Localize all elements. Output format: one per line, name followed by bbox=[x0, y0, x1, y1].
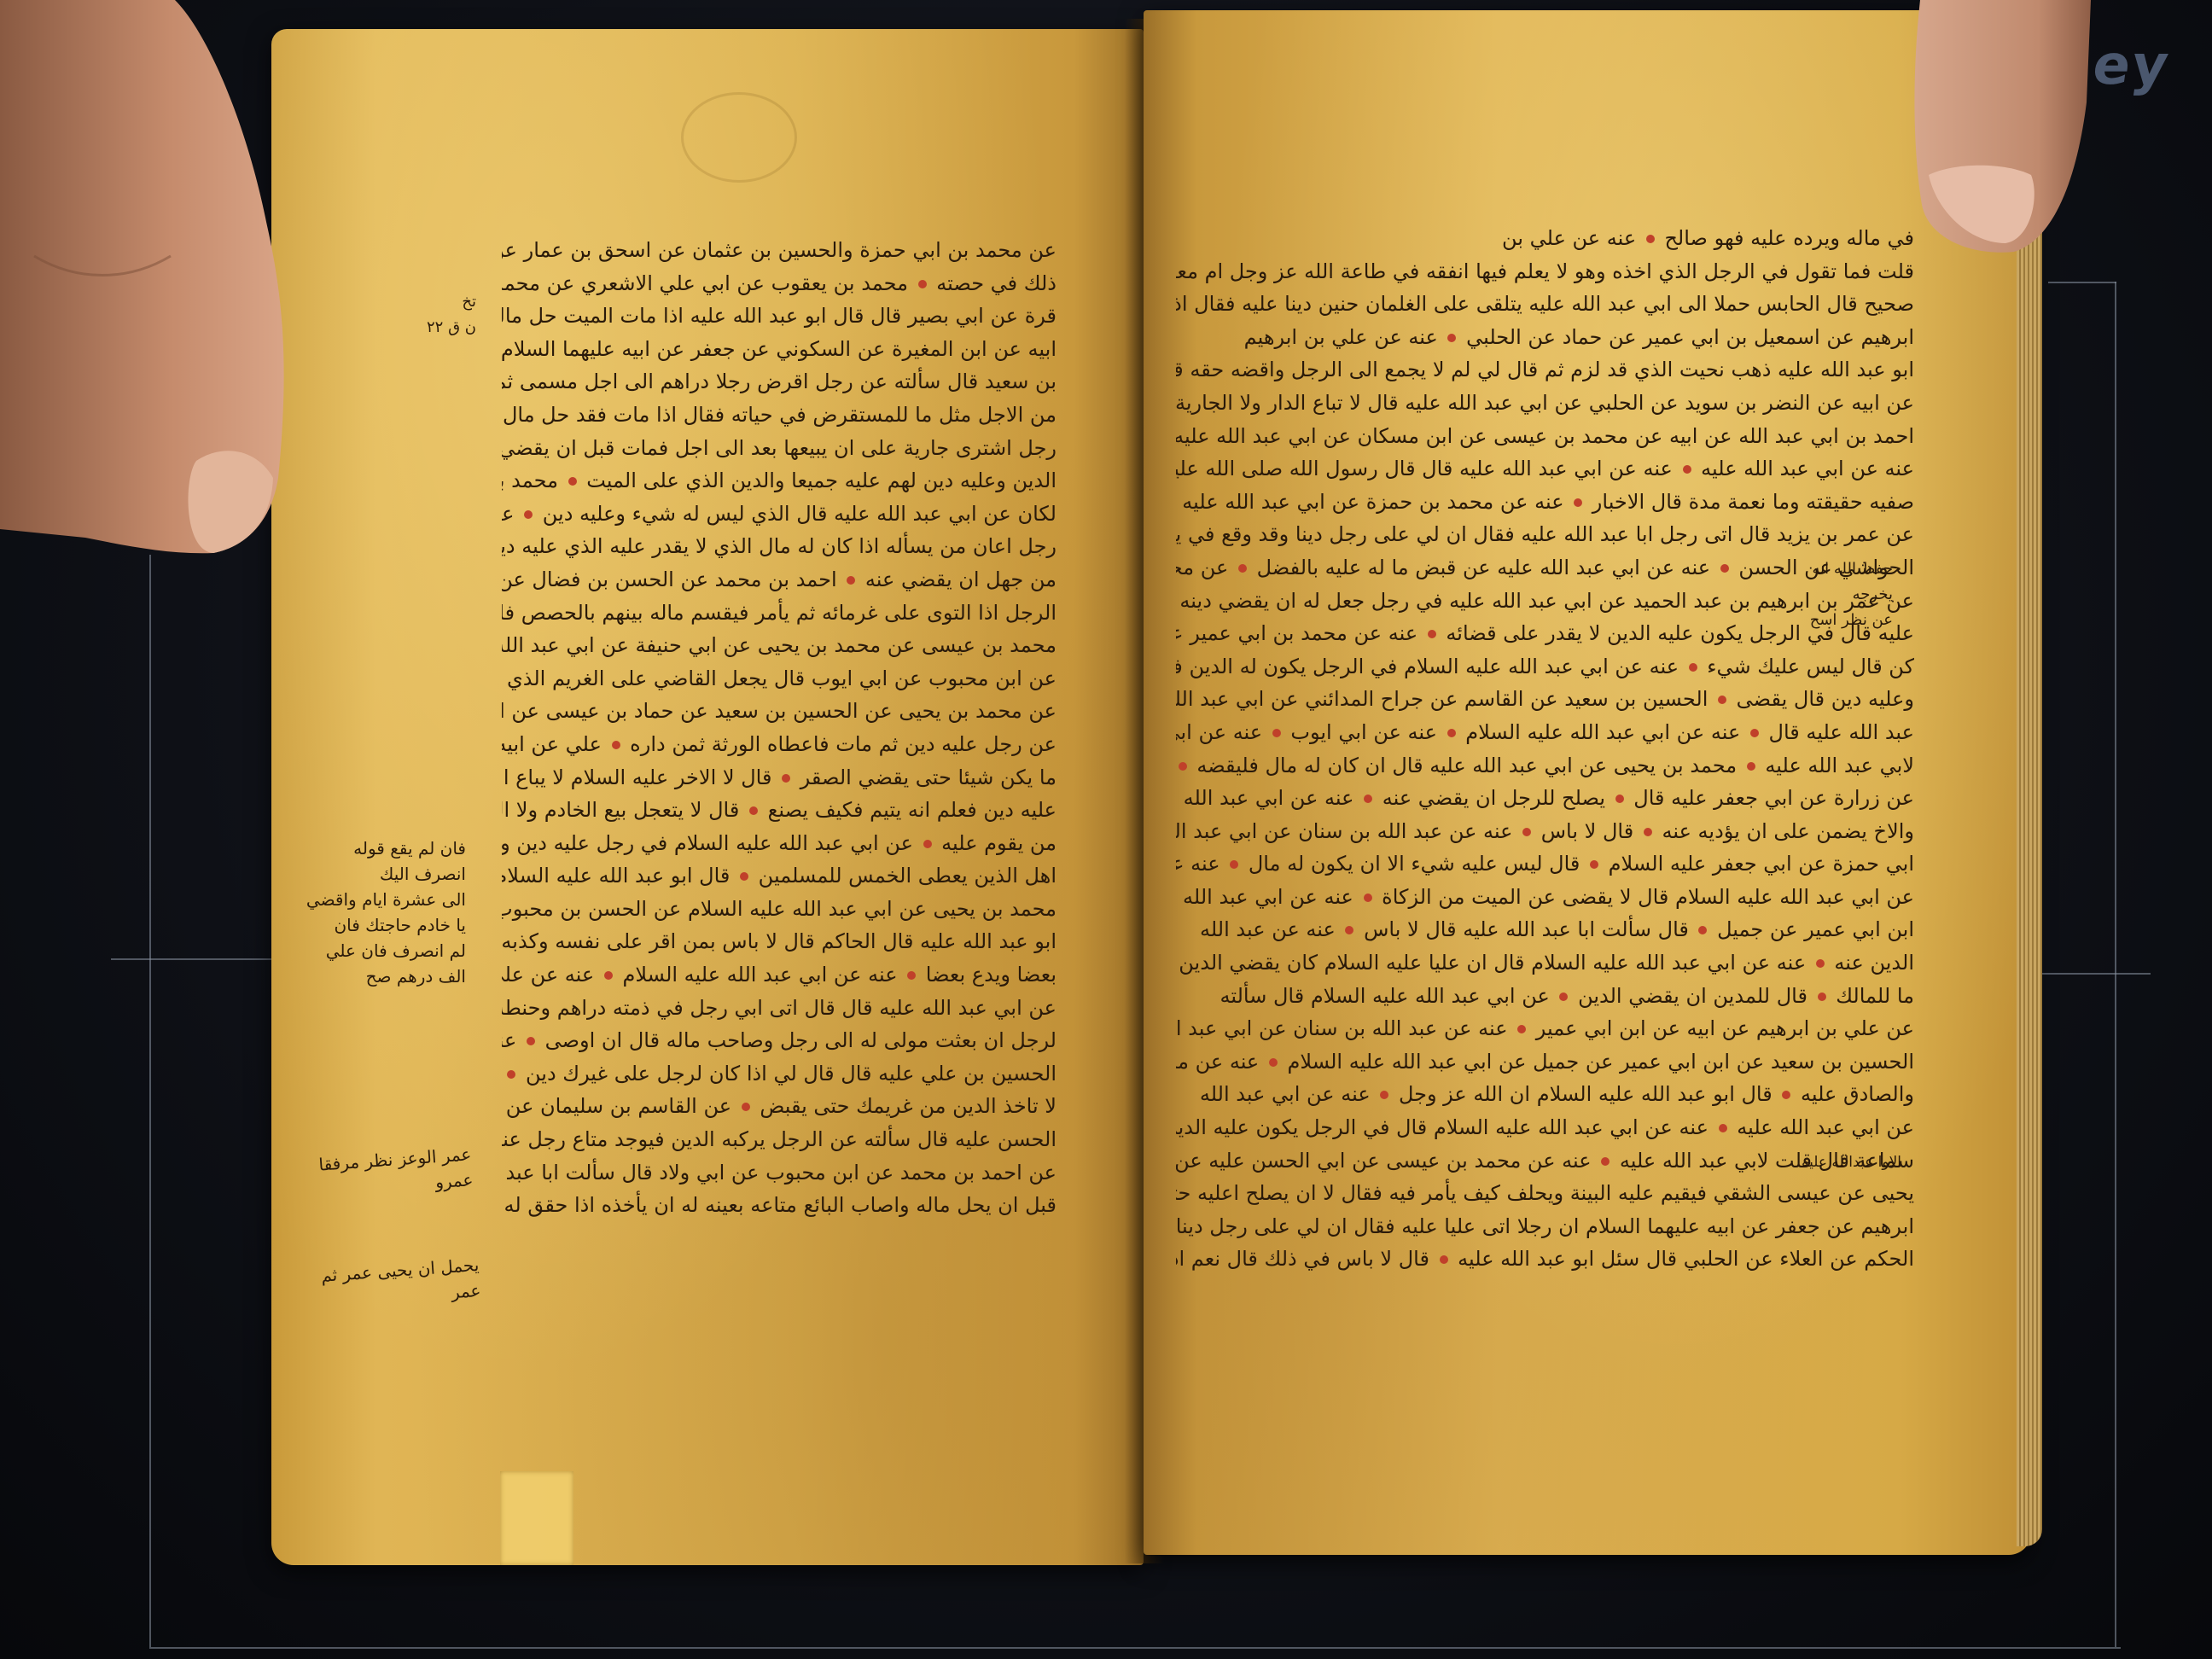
manuscript-line: ابن ابي عمير عن جميل قال سألت ابا عبد ال… bbox=[1176, 913, 1914, 946]
rubric-dot-icon bbox=[1689, 663, 1697, 672]
rubric-dot-icon bbox=[782, 774, 790, 783]
manuscript-line: الحسين بن علي عليه قال قال لي اذا كان لر… bbox=[502, 1057, 1057, 1091]
rubric-dot-icon bbox=[507, 1070, 515, 1079]
manuscript-line: عن عمر بن يزيد قال اتى رجل ابا عبد الله … bbox=[1176, 518, 1914, 551]
rubric-dot-icon bbox=[1522, 828, 1531, 836]
manuscript-line: ابرهيم عن جعفر عن ابيه عليهما السلام ان … bbox=[1176, 1210, 1914, 1243]
manuscript-line: الرجل اذا التوى على غرمائه ثم يأمر فيقسم… bbox=[502, 597, 1057, 630]
rubric-dot-icon bbox=[1364, 894, 1372, 902]
manuscript-line: ذلك في حصته محمد بن يعقوب عن ابي علي الا… bbox=[502, 267, 1057, 300]
manuscript-line: من جهل ان يقضي عنه احمد بن محمد عن الحسن… bbox=[502, 563, 1057, 597]
rubric-dot-icon bbox=[1615, 795, 1624, 803]
margin-note-left-lower: عمر الوعز نظر مرفقا عمرو يحمل ان يحيى عم… bbox=[300, 1141, 482, 1314]
margin-note-line: الى عشرة ايام واقضي bbox=[304, 887, 466, 912]
manuscript-line: بعضا ويدع بعضا عنه عن ابي عبد الله عليه … bbox=[502, 958, 1057, 992]
rubric-dot-icon bbox=[1574, 498, 1582, 507]
right-page-text: في ماله ويرده عليه فهو صالح عنه عن علي ب… bbox=[1176, 222, 1914, 1276]
rubric-dot-icon bbox=[1646, 235, 1655, 243]
rubric-dot-icon bbox=[1718, 696, 1726, 704]
manuscript-line: صفيه حقيقته وما نعمة مدة قال الاخبار عنه… bbox=[1176, 486, 1914, 519]
manuscript-line: عن رجل عليه دين ثم مات فاعطاه الورثة ثمن… bbox=[502, 728, 1057, 761]
rubric-dot-icon bbox=[1601, 1157, 1610, 1166]
rubric-dot-icon bbox=[1683, 465, 1691, 474]
rubric-dot-icon bbox=[1380, 1091, 1388, 1099]
manuscript-line: محمد بن يحيى عن ابي عبد الله عليه السلام… bbox=[502, 893, 1057, 926]
rubric-dot-icon bbox=[1269, 1058, 1278, 1067]
manuscript-line: الدين عنه عنه عن ابي عبد الله عليه السلا… bbox=[1176, 946, 1914, 980]
rubric-dot-icon bbox=[1698, 926, 1707, 934]
manuscript-line: عن ابي عبد الله عليه السلام قال لا يقضى … bbox=[1176, 881, 1914, 914]
manuscript-line: ما للمالك قال للمدين ان يقضي الدين عن اب… bbox=[1176, 980, 1914, 1013]
margin-note-line: فان لم يقع قوله انصرف اليك bbox=[304, 835, 466, 887]
manuscript-line: صحيح قال الحابس حملا الى ابي عبد الله عل… bbox=[1176, 288, 1914, 321]
page-fore-edges bbox=[2017, 44, 2042, 1546]
rubric-dot-icon bbox=[1440, 1255, 1448, 1264]
margin-note-line: لم انصرف فان علي bbox=[304, 938, 466, 963]
margin-note-right-lower: الاوا عبدالله عليه bbox=[1799, 1150, 1901, 1175]
rubric-dot-icon bbox=[1719, 1124, 1727, 1132]
manuscript-line: ما يكن شيئا حتى يقضي الصقر قال لا الاخر … bbox=[502, 761, 1057, 795]
rubric-dot-icon bbox=[1428, 630, 1436, 638]
manuscript-line: قبل ان يحل ماله واصاب البائع متاعه بعينه… bbox=[502, 1189, 1057, 1222]
manuscript-line: لابي عبد الله عليه محمد بن يحيى عن ابي ع… bbox=[1176, 749, 1914, 783]
rubric-dot-icon bbox=[1179, 762, 1187, 771]
mat-grid-line bbox=[2048, 282, 2116, 283]
manuscript-line: عن محمد بن يحيى عن الحسين بن سعيد عن حما… bbox=[502, 695, 1057, 728]
manuscript-line: الحسن عليه قال سألته عن الرجل يركبه الدي… bbox=[502, 1123, 1057, 1156]
rubric-dot-icon bbox=[1272, 729, 1281, 737]
manuscript-line: الحكم عن العلاء عن الحلبي قال سئل ابو عب… bbox=[1176, 1243, 1914, 1276]
rubric-dot-icon bbox=[847, 576, 855, 585]
margin-note-left-middle: فان لم يقع قوله انصرف اليك الى عشرة ايام… bbox=[304, 835, 466, 989]
manuscript-line: عن ابن محبوب عن ابي ايوب قال يجعل القاضي… bbox=[502, 662, 1057, 696]
manuscript-line: محمد بن عيسى عن محمد بن يحيى عن ابي حنيف… bbox=[502, 629, 1057, 662]
rubric-dot-icon bbox=[918, 280, 927, 288]
rubric-dot-icon bbox=[568, 477, 577, 486]
manuscript-line: لرجل ان بعثت مولى له الى رجل وصاحب ماله … bbox=[502, 1024, 1057, 1057]
mat-grid-line bbox=[2115, 282, 2116, 1647]
manuscript-line: عن زرارة عن ابي جعفر عليه قال يصلح للرجل… bbox=[1176, 782, 1914, 815]
manuscript-line: وعليه دين قال يقضى الحسين بن سعيد عن الق… bbox=[1176, 683, 1914, 716]
left-hand bbox=[0, 0, 290, 555]
mat-grid-line bbox=[2040, 973, 2151, 975]
rubric-dot-icon bbox=[1750, 729, 1759, 737]
margin-note-right-upper: حفظ الله انه يخرجه عن نظر اسح bbox=[1782, 556, 1893, 633]
manuscript-line: رجل اعان من يسأله اذا كان له مال الذي لا… bbox=[502, 530, 1057, 563]
manuscript-line: كن قال ليس عليك شيء عنه عن ابي عبد الله … bbox=[1176, 650, 1914, 684]
manuscript-line: ابيه عن ابن المغيرة عن السكوني عن جعفر ع… bbox=[502, 333, 1057, 366]
rubric-dot-icon bbox=[612, 741, 620, 749]
rubric-dot-icon bbox=[923, 840, 932, 848]
manuscript-line: ابرهيم عن اسمعيل بن ابي عمير عن حماد عن … bbox=[1176, 321, 1914, 354]
rubric-dot-icon bbox=[740, 872, 748, 881]
rubric-dot-icon bbox=[1818, 992, 1826, 1001]
rubric-dot-icon bbox=[1590, 860, 1598, 869]
rubric-dot-icon bbox=[1559, 992, 1568, 1001]
rubric-dot-icon bbox=[1345, 926, 1353, 934]
rubric-dot-icon bbox=[749, 806, 758, 815]
open-manuscript: تخ ن ق ٢٢ فان لم يقع قوله انصرف اليك الى… bbox=[271, 10, 2046, 1580]
manuscript-line: عن ابي عبد الله عليه عنه عن ابي عبد الله… bbox=[1176, 1111, 1914, 1144]
margin-note-line: ن ق ٢٢ bbox=[348, 315, 476, 341]
manuscript-line: لكان عن ابي عبد الله عليه قال الذي ليس ل… bbox=[502, 498, 1057, 531]
rubric-dot-icon bbox=[1517, 1025, 1526, 1033]
manuscript-line: اهل الذين يعطى الخمس للمسلمين قال ابو عب… bbox=[502, 859, 1057, 893]
seal-impression bbox=[681, 92, 797, 183]
manuscript-line: والصادق عليه قال ابو عبد الله عليه السلا… bbox=[1176, 1078, 1914, 1111]
rubric-dot-icon bbox=[1816, 959, 1825, 968]
manuscript-line: ابو عبد الله عليه ذهب نحيت الذي قد لزم ث… bbox=[1176, 353, 1914, 387]
manuscript-line: احمد بن ابي عبد الله عن ابيه عن محمد بن … bbox=[1176, 420, 1914, 453]
mat-grid-line bbox=[149, 555, 151, 1647]
margin-note-line: تخ bbox=[348, 289, 476, 315]
rubric-dot-icon bbox=[1238, 564, 1247, 573]
rubric-dot-icon bbox=[524, 510, 533, 519]
margin-note-line: الاوا عبدالله عليه bbox=[1799, 1150, 1901, 1175]
manuscript-line: رجل اشترى جارية على ان يبيعها بعد الى اج… bbox=[502, 432, 1057, 465]
rubric-dot-icon bbox=[1230, 860, 1238, 869]
rubric-dot-icon bbox=[1447, 334, 1456, 342]
manuscript-line: في ماله ويرده عليه فهو صالح عنه عن علي ب… bbox=[1176, 222, 1914, 255]
rubric-dot-icon bbox=[1747, 762, 1755, 771]
manuscript-line: بن سعيد قال سألته عن رجل اقرض رجلا دراهم… bbox=[502, 365, 1057, 399]
manuscript-line: عنه عن ابي عبد الله عليه عنه عن ابي عبد … bbox=[1176, 452, 1914, 486]
margin-note-line: يا خادم حاجتك فان bbox=[304, 912, 466, 938]
rubric-dot-icon bbox=[604, 971, 613, 980]
margin-note-line: يحمل ان يحيى عمر ثم عمر bbox=[308, 1252, 482, 1315]
manuscript-line: من يقوم عليه عن ابي عبد الله عليه السلام… bbox=[502, 827, 1057, 860]
mat-grid-line bbox=[111, 958, 282, 960]
margin-note-line: عن نظر اسح bbox=[1782, 608, 1893, 633]
manuscript-line: عن محمد بن ابي حمزة والحسين بن عثمان عن … bbox=[502, 234, 1057, 267]
manuscript-line: عن علي بن ابرهيم عن ابيه عن ابن ابي عمير… bbox=[1176, 1012, 1914, 1045]
manuscript-line: الحسين بن سعيد عن ابن ابي عمير عن جميل ع… bbox=[1176, 1045, 1914, 1079]
manuscript-line: عليه دين فعلم انه يتيم فكيف يصنع قال لا … bbox=[502, 794, 1057, 827]
manuscript-line: لا تاخذ الدين من غريمك حتى يقبض عن القاس… bbox=[502, 1090, 1057, 1123]
margin-note-line: الف درهم صح bbox=[304, 963, 466, 989]
manuscript-line: الدين وعليه دين لهم عليه جميعا والدين ال… bbox=[502, 464, 1057, 498]
left-page: تخ ن ق ٢٢ فان لم يقع قوله انصرف اليك الى… bbox=[271, 29, 1144, 1565]
manuscript-line: عبد الله عليه قال عنه عن ابي عبد الله عل… bbox=[1176, 716, 1914, 749]
rubric-dot-icon bbox=[1782, 1091, 1790, 1099]
manuscript-line: يحيى عن عيسى الشقي فيقيم عليه البينة ويح… bbox=[1176, 1177, 1914, 1210]
rubric-dot-icon bbox=[1364, 795, 1372, 803]
rubric-dot-icon bbox=[907, 971, 916, 980]
manuscript-line: عن ابيه عن النضر بن سويد عن الحلبي عن اب… bbox=[1176, 387, 1914, 420]
manuscript-line: قرة عن ابي بصير قال قال ابو عبد الله علي… bbox=[502, 300, 1057, 333]
rubric-dot-icon bbox=[742, 1103, 750, 1111]
mat-logo-text: ey bbox=[2089, 34, 2174, 97]
manuscript-line: قلت فما تقول في الرجل الذي اخذه وهو لا ي… bbox=[1176, 255, 1914, 288]
margin-note-line: حفظ الله انه يخرجه bbox=[1782, 556, 1893, 608]
manuscript-line: عن ابي عبد الله عليه قال قال اتى ابي رجل… bbox=[502, 992, 1057, 1025]
manuscript-line: عن احمد بن محمد عن ابن محبوب عن ابي ولاد… bbox=[502, 1156, 1057, 1190]
rubric-dot-icon bbox=[527, 1037, 535, 1045]
rubric-dot-icon bbox=[1447, 729, 1456, 737]
manuscript-line: والاخ يضمن على ان يؤديه عنه قال لا باس ع… bbox=[1176, 815, 1914, 848]
right-hand-thumb bbox=[1903, 0, 2091, 256]
right-page: في ماله ويرده عليه فهو صالح عنه عن علي ب… bbox=[1144, 10, 2031, 1555]
margin-note-left-top: تخ ن ق ٢٢ bbox=[348, 289, 476, 341]
rubric-dot-icon bbox=[1644, 828, 1652, 836]
rubric-dot-icon bbox=[1720, 564, 1729, 573]
mat-grid-line bbox=[149, 1647, 2121, 1649]
tape-patch bbox=[500, 1471, 573, 1565]
manuscript-line: ابو عبد الله عليه قال الحاكم قال لا باس … bbox=[502, 925, 1057, 958]
manuscript-line: من الاجل مثل ما للمستقرض في حياته فقال ا… bbox=[502, 399, 1057, 432]
left-page-text: عن محمد بن ابي حمزة والحسين بن عثمان عن … bbox=[502, 234, 1057, 1222]
manuscript-line: ابي حمزة عن ابي جعفر عليه السلام قال ليس… bbox=[1176, 847, 1914, 881]
